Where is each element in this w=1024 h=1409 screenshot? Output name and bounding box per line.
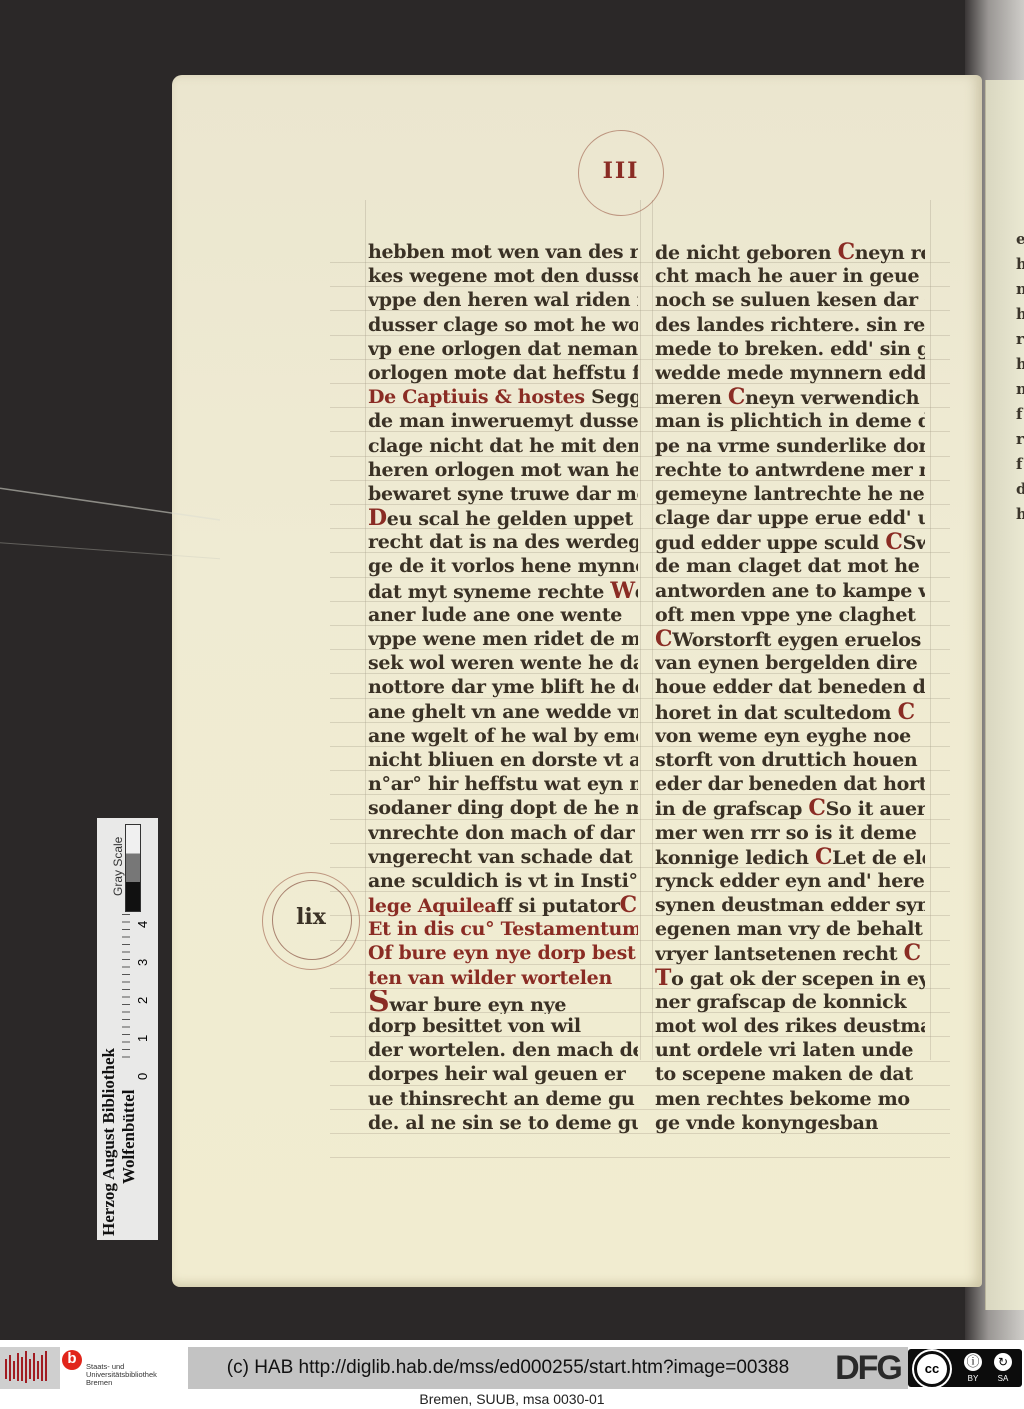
manuscript-line: pe na vrme sunderlike dorp xyxy=(655,434,925,458)
manuscript-line: vngerecht van schade dat he des xyxy=(368,845,638,869)
by-attribution-icon: ⓘ xyxy=(964,1353,982,1371)
manuscript-line: des landes richtere. sin recht xyxy=(655,313,925,337)
manuscript-line: meren Cneyn verwendich xyxy=(655,385,925,409)
manuscript-line: mer wen rrr so is it deme xyxy=(655,821,925,845)
manuscript-line: orlogen mote dat heffstu ff. xyxy=(368,361,638,385)
manuscript-line: ue thinsrecht an deme gu xyxy=(368,1087,638,1111)
gray-scale-card: Gray Scale 4 3 2 1 0 Herzog August Bibli… xyxy=(97,818,158,1240)
manuscript-line: vp ene orlogen dat neman xyxy=(368,337,638,361)
manuscript-line: konnige ledich CLet de eld xyxy=(655,845,925,869)
chapter-number: lix xyxy=(268,904,354,930)
tick-label-3: 3 xyxy=(135,959,150,966)
manuscript-scan: eh nh rh nf rf dh III lix hebben mot wen… xyxy=(0,0,1024,1340)
folio-number: III xyxy=(578,158,664,184)
manuscript-line: gemeyne lantrechte he ne xyxy=(655,482,925,506)
manuscript-line: synen deustman edder syne xyxy=(655,893,925,917)
gray-scale-label: Gray Scale xyxy=(111,837,125,896)
manuscript-line: dat myt syneme rechte Wde xyxy=(368,579,638,603)
manuscript-line: Of bure eyn nye dorp best xyxy=(368,941,638,965)
manuscript-line: ten van wilder wortelen xyxy=(368,966,638,990)
ruling-vertical xyxy=(640,200,641,1060)
sa-label: SA xyxy=(994,1374,1012,1383)
manuscript-line: gud edder uppe sculd CSwar xyxy=(655,530,925,554)
manuscript-line: Swar bure eyn nye xyxy=(368,990,638,1014)
manuscript-line: der wortelen. den mach des xyxy=(368,1038,638,1062)
ruler-ticks xyxy=(122,914,130,1064)
manuscript-line: nottore dar yme blift he des xyxy=(368,675,638,699)
sa-sharealike-icon: ↻ xyxy=(994,1353,1012,1371)
ruling-line xyxy=(330,1157,950,1158)
manuscript-line: unt ordele vri laten unde xyxy=(655,1038,925,1062)
manuscript-line: egenen man vry de behalt xyxy=(655,917,925,941)
tick-label-1: 1 xyxy=(135,1035,150,1042)
shelfmark-caption: Bremen, SUUB, msa 0030-01 xyxy=(0,1389,1024,1409)
ruling-vertical xyxy=(365,200,366,1060)
manuscript-line: de nicht geboren Cneyn re xyxy=(655,240,925,264)
manuscript-line: men rechtes bekome mo xyxy=(655,1087,925,1111)
dfg-logo: DFG xyxy=(828,1347,908,1389)
manuscript-line: man is plichtich in deme doe xyxy=(655,409,925,433)
manuscript-line: noch se suluen kesen dar se xyxy=(655,288,925,312)
tick-label-0: 0 xyxy=(135,1073,150,1080)
manuscript-line: storft von druttich houen xyxy=(655,748,925,772)
manuscript-line: kes wegene mot den dusse xyxy=(368,264,638,288)
manuscript-line: bewaret syne truwe dar mede xyxy=(368,482,638,506)
manuscript-line: houe edder dat beneden dat xyxy=(655,675,925,699)
library-name-line-3: Bremen xyxy=(86,1378,112,1387)
manuscript-line: to scepene maken de dat xyxy=(655,1062,925,1086)
manuscript-line: de man claget dat mot he xyxy=(655,554,925,578)
manuscript-line: rynck edder eyn and' here xyxy=(655,869,925,893)
facing-page-edge: eh nh rh nf rf dh xyxy=(985,80,1024,1310)
manuscript-line: sek wol weren wente he dat xyxy=(368,651,638,675)
manuscript-line: n°ar° hir heffstu wat eyn ma xyxy=(368,772,638,796)
institution-city: Wolfenbüttel xyxy=(119,1090,139,1184)
gray-scale-patches xyxy=(125,824,141,912)
manuscript-line: rechte to antwrdene mer na xyxy=(655,458,925,482)
suub-library-logo: b Staats- und Universitätsbibliothek Bre… xyxy=(60,1347,188,1389)
manuscript-line: oft men vppe yne claghet xyxy=(655,603,925,627)
manuscript-line: dorp besittet von wil xyxy=(368,1014,638,1038)
manuscript-line: von weme eyn eyghe noe xyxy=(655,724,925,748)
manuscript-line: Deu scal he gelden uppet xyxy=(368,506,638,530)
manuscript-line: vppe wene men ridet de mot xyxy=(368,627,638,651)
manuscript-line: wedde mede mynnern edder xyxy=(655,361,925,385)
copyright-url-link[interactable]: (c) HAB http://diglib.hab.de/mss/ed00025… xyxy=(188,1347,828,1389)
manuscript-line: hebben mot wen van des ri xyxy=(368,240,638,264)
ruling-vertical xyxy=(652,200,653,1060)
tick-label-4: 4 xyxy=(135,921,150,928)
manuscript-line: nicht bliuen en dorste vt ah° xyxy=(368,748,638,772)
text-column-right: de nicht geboren Cneyn recht mach he aue… xyxy=(655,240,925,1135)
manuscript-line: van eynen bergelden dire xyxy=(655,651,925,675)
manuscript-line: CWorstorft eygen eruelos xyxy=(655,627,925,651)
manuscript-line: de. al ne sin se to deme gu xyxy=(368,1111,638,1135)
manuscript-line: vppe den heren wal riden na xyxy=(368,288,638,312)
ruling-vertical xyxy=(930,200,931,1060)
manuscript-line: ane wgelt of he wal by eme xyxy=(368,724,638,748)
manuscript-line: mede to breken. edd' sin ge xyxy=(655,337,925,361)
cc-icon: cc xyxy=(914,1351,950,1387)
manuscript-line: eder dar beneden dat hort xyxy=(655,772,925,796)
manuscript-line: ge vnde konyngesban xyxy=(655,1111,925,1135)
manuscript-line: Et in dis cu° Testamentum xyxy=(368,917,638,941)
manuscript-line: To gat ok der scepen in ey xyxy=(655,966,925,990)
manuscript-line: vnrechte don mach of dar wal xyxy=(368,821,638,845)
b-logo-icon: b xyxy=(62,1350,82,1370)
manuscript-line: lege Aquileaff si putatorC xyxy=(368,893,638,917)
manuscript-line: ge de it vorlos hene mynne xyxy=(368,554,638,578)
manuscript-line: heren orlogen mot wan he xyxy=(368,458,638,482)
manuscript-line: in de grafscap CSo it auer xyxy=(655,796,925,820)
tick-label-2: 2 xyxy=(135,997,150,1004)
manuscript-line: mot wol des rikes deustma xyxy=(655,1014,925,1038)
cc-license-badge[interactable]: cc ⓘ ↻ BY SA xyxy=(908,1349,1022,1387)
manuscript-line: clage nicht dat he mit dem xyxy=(368,434,638,458)
manuscript-line: dusser clage so mot he wol xyxy=(368,313,638,337)
manuscript-line: sodaner ding dopt de he mit xyxy=(368,796,638,820)
manuscript-line: aner lude ane one wente xyxy=(368,603,638,627)
manuscript-line: antworden ane to kampe war xyxy=(655,579,925,603)
manuscript-line: ane ghelt vn ane wedde vn xyxy=(368,700,638,724)
page-holder-strap xyxy=(0,470,220,590)
manuscript-line: ner grafscap de konnick xyxy=(655,990,925,1014)
manuscript-line: vryer lantsetenen recht C xyxy=(655,941,925,965)
manuscript-line: clage dar uppe erue edd' uppe xyxy=(655,506,925,530)
manuscript-line: horet in dat scultedom C xyxy=(655,700,925,724)
institution-name: Herzog August Bibliothek xyxy=(99,1048,119,1236)
manuscript-line: ane sculdich is vt in Insti° de xyxy=(368,869,638,893)
suub-logo xyxy=(0,1347,60,1389)
manuscript-line: cht mach he auer in geue xyxy=(655,264,925,288)
by-label: BY xyxy=(964,1374,982,1383)
barcode-logo-icon xyxy=(0,1347,60,1389)
text-column-left: hebben mot wen van des rikes wegene mot … xyxy=(368,240,638,1135)
manuscript-line: recht dat is na des werdegm xyxy=(368,530,638,554)
manuscript-line: dorpes heir wal geuen er xyxy=(368,1062,638,1086)
manuscript-line: De Captiuis & hostes Segge xyxy=(368,385,638,409)
manuscript-line: de man inweruemyt dusser xyxy=(368,409,638,433)
